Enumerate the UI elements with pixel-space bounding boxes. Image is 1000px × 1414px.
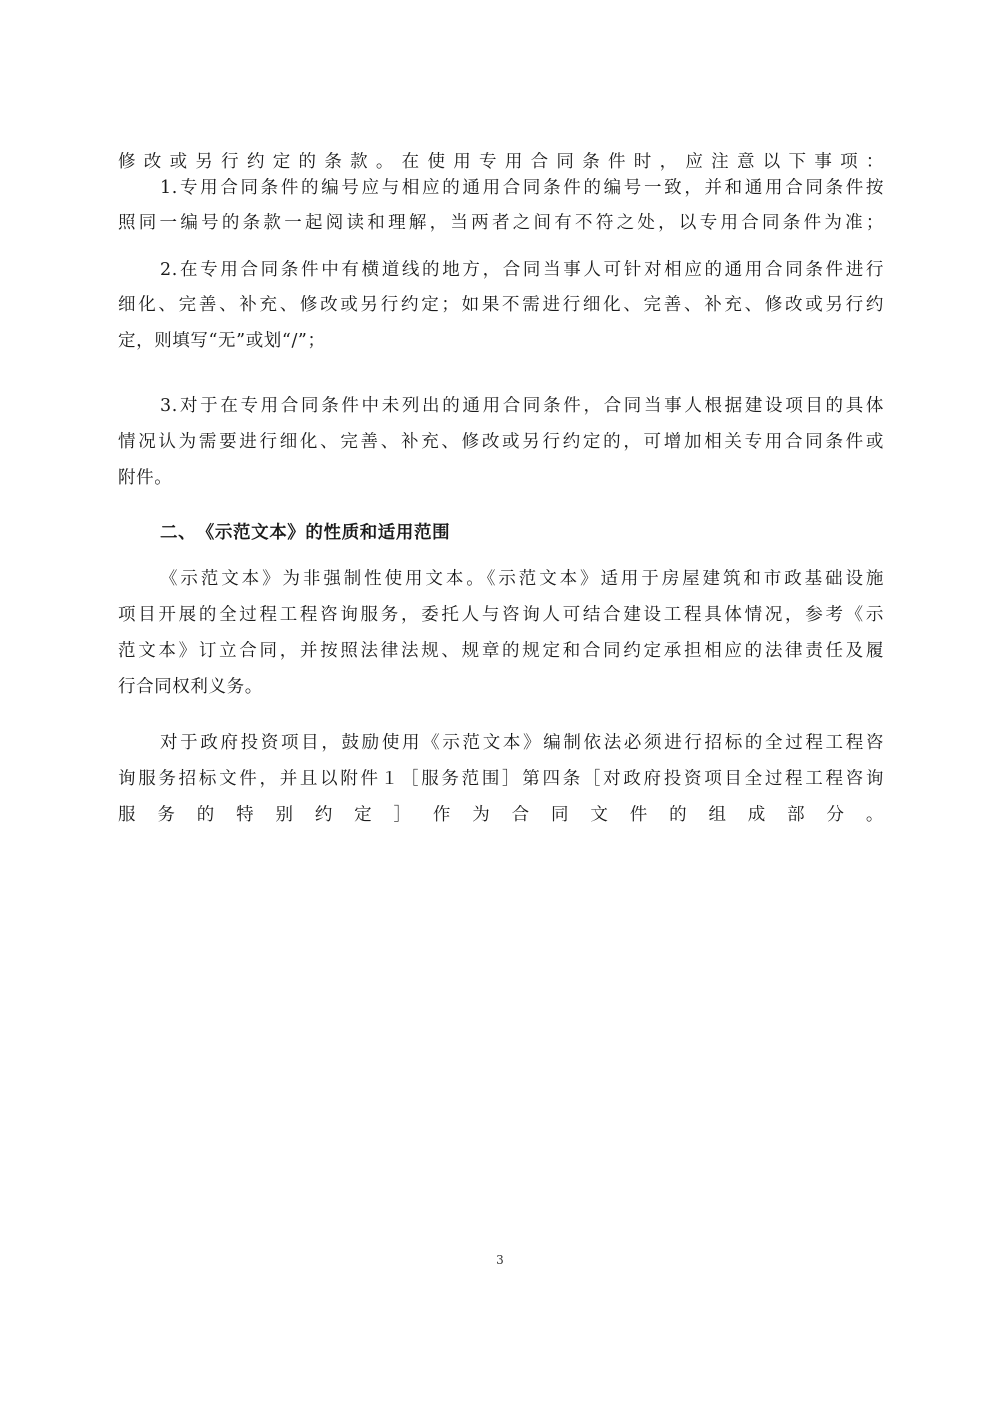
- paragraph-line: 修改或另行约定的条款。在使用专用合同条件时，应注意以下事项：: [118, 150, 884, 174]
- list-item-2-line-1: 2.在专用合同条件中有横道线的地方，合同当事人可针对相应的通用合同条件进行: [160, 258, 884, 282]
- list-item-2-line-2: 细化、完善、补充、修改或另行约定；如果不需进行细化、完善、补充、修改或另行约: [118, 293, 884, 317]
- paragraph-line: 服务的特别约定］作为合同文件的组成部分。: [118, 803, 884, 827]
- list-item-3-line-1: 3.对于在专用合同条件中未列出的通用合同条件，合同当事人根据建设项目的具体: [160, 394, 884, 418]
- list-item-1-line-2: 照同一编号的条款一起阅读和理解，当两者之间有不符之处，以专用合同条件为准；: [118, 211, 884, 235]
- list-item-1-line-1: 1.专用合同条件的编号应与相应的通用合同条件的编号一致，并和通用合同条件按: [160, 176, 884, 200]
- list-item-3-line-2: 情况认为需要进行细化、完善、补充、修改或另行约定的，可增加相关专用合同条件或: [118, 430, 884, 454]
- document-page: 修改或另行约定的条款。在使用专用合同条件时，应注意以下事项： 1.专用合同条件的…: [0, 0, 1000, 1414]
- list-item-2-line-3: 定，则填写“无”或划“/”；: [118, 329, 884, 353]
- paragraph-line: 行合同权利义务。: [118, 675, 884, 699]
- paragraph-line: 对于政府投资项目，鼓励使用《示范文本》编制依法必须进行招标的全过程工程咨: [160, 731, 884, 755]
- section-heading: 二、 《示范文本》的性质和适用范围: [160, 521, 884, 545]
- paragraph-line: 项目开展的全过程工程咨询服务，委托人与咨询人可结合建设工程具体情况，参考《示: [118, 603, 884, 627]
- paragraph-line: 《示范文本》为非强制性使用文本。《示范文本》适用于房屋建筑和市政基础设施: [160, 567, 884, 591]
- paragraph-line: 询服务招标文件，并且以附件１［服务范围］第四条［对政府投资项目全过程工程咨询: [118, 767, 884, 791]
- paragraph-line: 范文本》订立合同，并按照法律法规、规章的规定和合同约定承担相应的法律责任及履: [118, 639, 884, 663]
- page-number: 3: [0, 1253, 1000, 1267]
- list-item-3-line-3: 附件。: [118, 466, 884, 490]
